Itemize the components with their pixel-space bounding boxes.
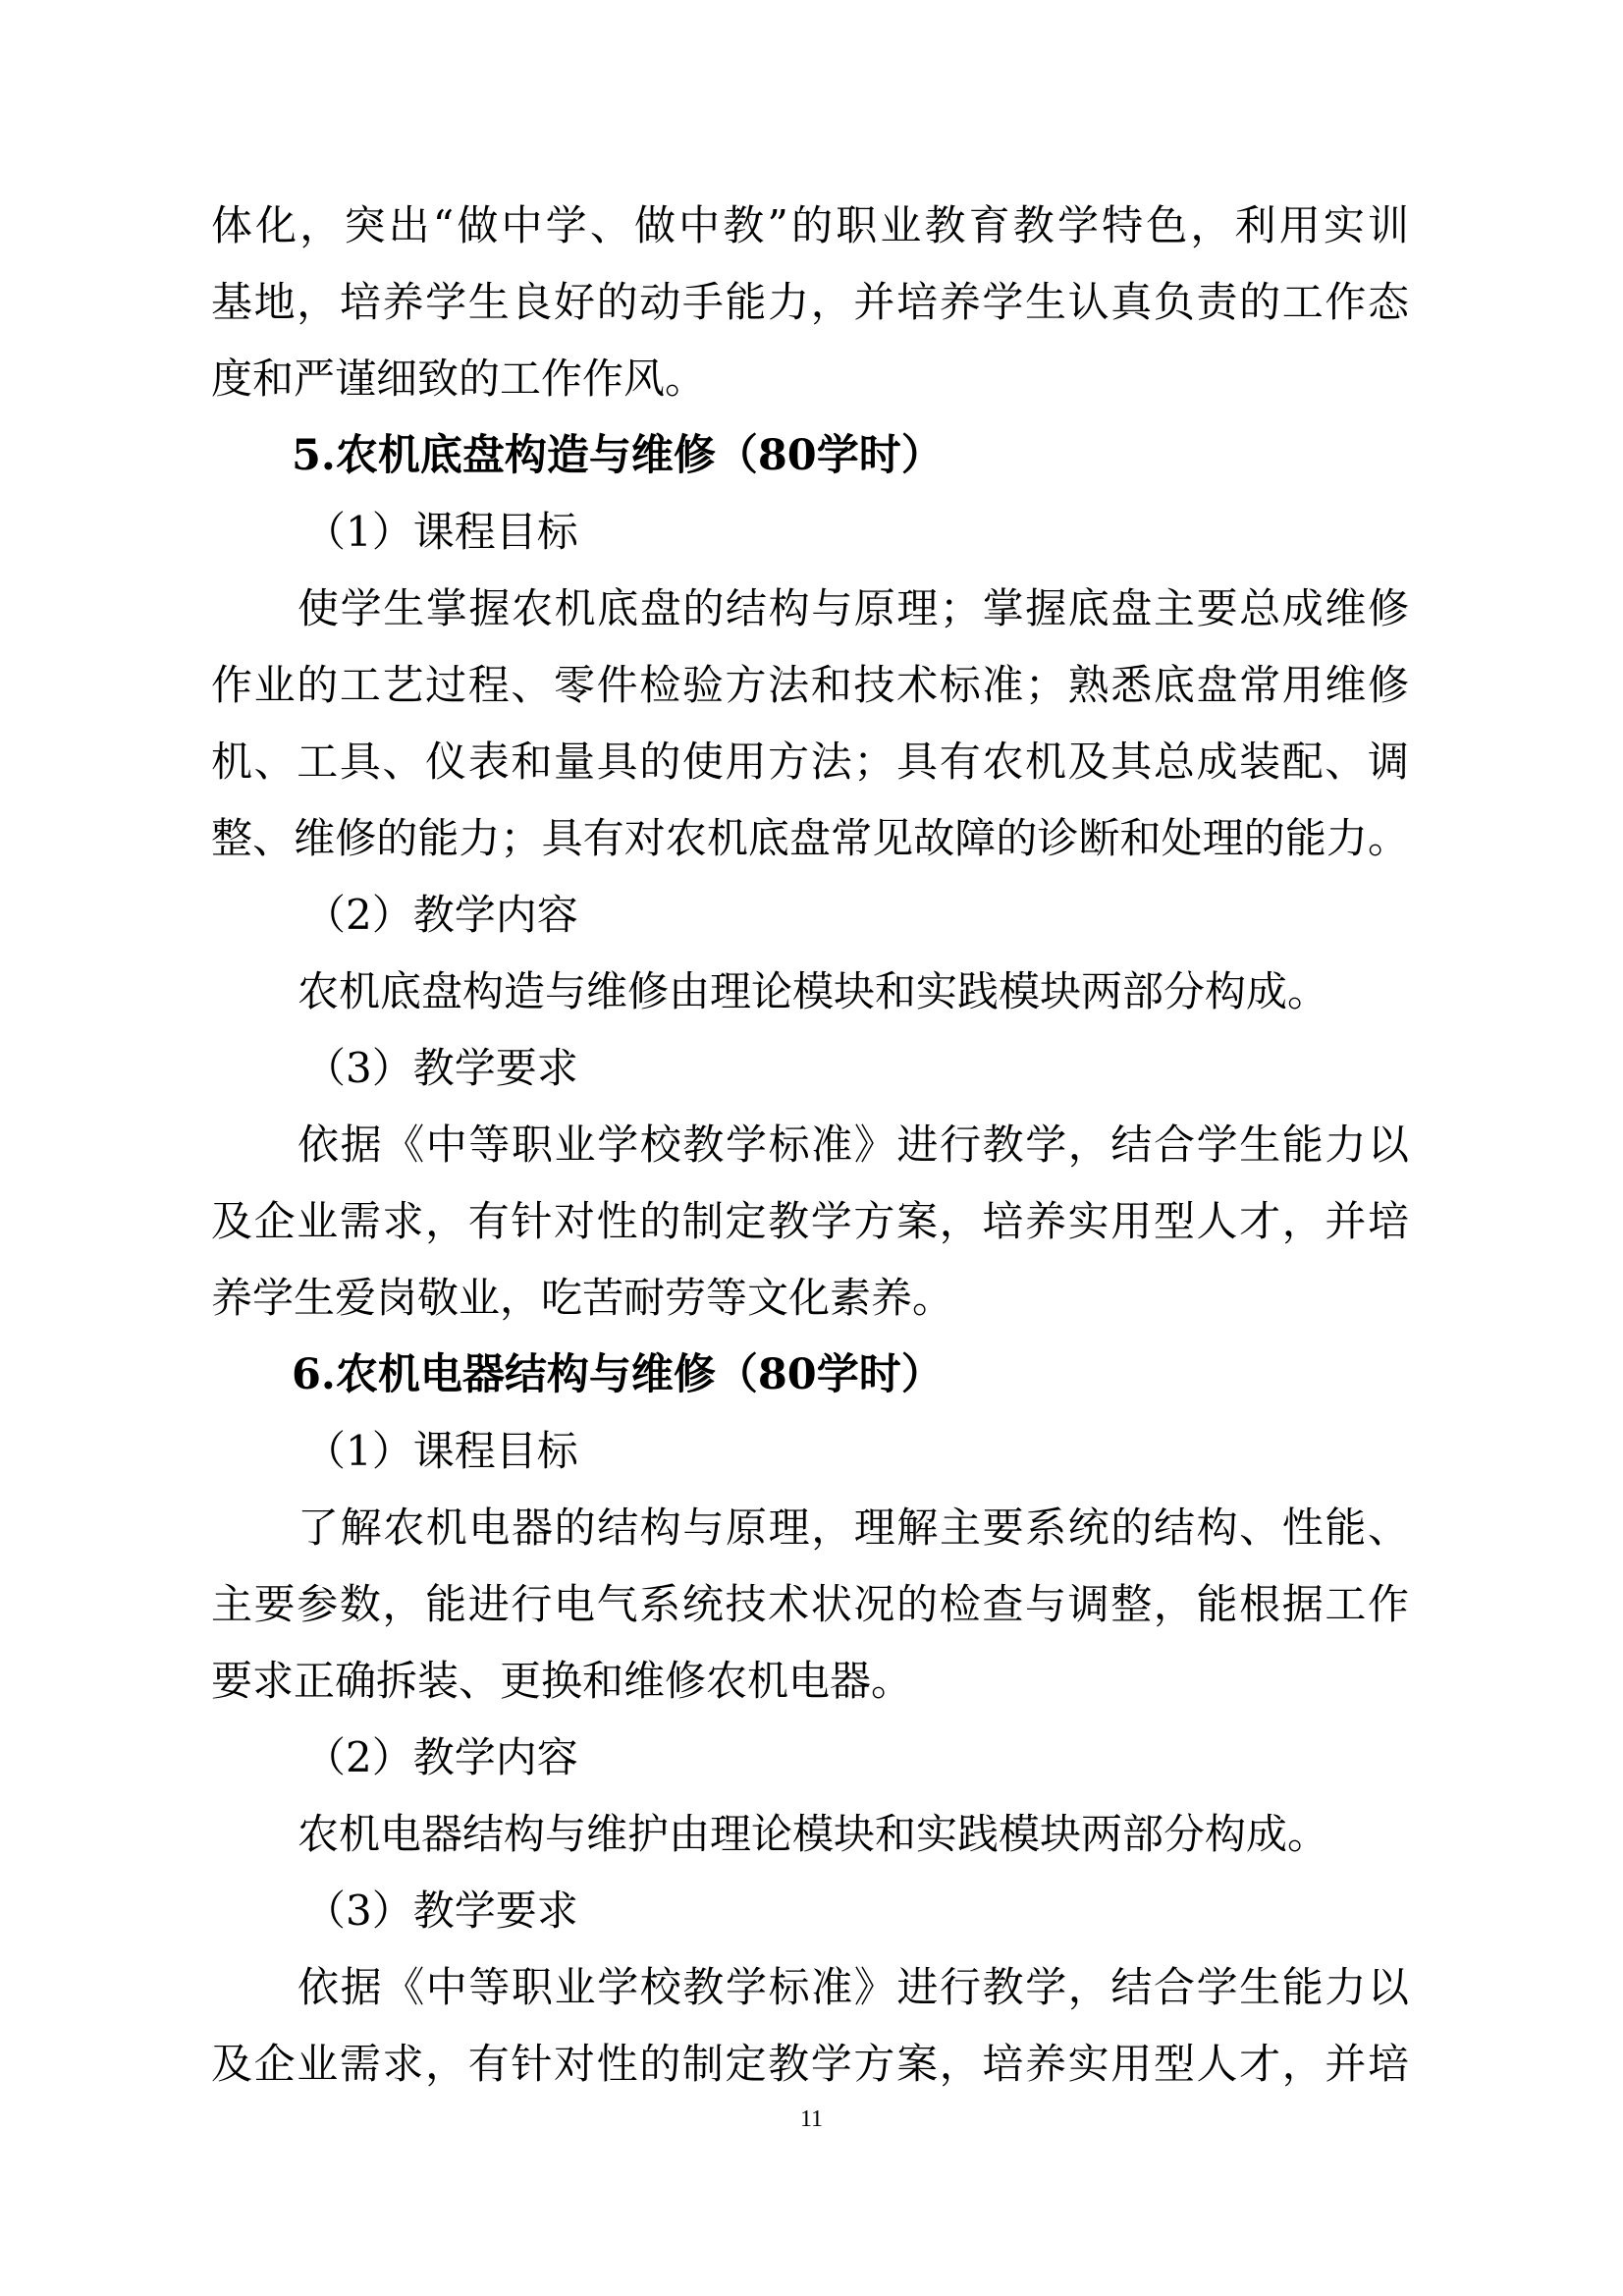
section-heading-6: 6.农机电器结构与维修（80学时）	[292, 1337, 944, 1413]
subheading-course-goal: （1）课程目标	[304, 1413, 578, 1490]
paragraph-line: 依据《中等职业学校教学标准》进行教学，结合学生能力以	[298, 1949, 1409, 2026]
document-page: 体化，突出“做中学、做中教”的职业教育教学特色，利用实训 基地，培养学生良好的动…	[0, 0, 1623, 2296]
paragraph-line: 度和严谨细致的工作作风。	[211, 341, 706, 417]
paragraph-line: 基地，培养学生良好的动手能力，并培养学生认真负责的工作态	[211, 264, 1409, 341]
section-heading-5: 5.农机底盘构造与维修（80学时）	[292, 417, 944, 494]
page-number: 11	[0, 2102, 1623, 2137]
subheading-teaching-content: （2）教学内容	[304, 1720, 578, 1796]
paragraph-line: 农机电器结构与维护由理论模块和实践模块两部分构成。	[298, 1796, 1328, 1873]
paragraph-line: 作业的工艺过程、零件检验方法和技术标准；熟悉底盘常用维修	[211, 647, 1409, 724]
subheading-teaching-requirements: （3）教学要求	[304, 1030, 578, 1107]
paragraph-line: 及企业需求，有针对性的制定教学方案，培养实用型人才，并培	[211, 1183, 1409, 1260]
paragraph-line: 农机底盘构造与维修由理论模块和实践模块两部分构成。	[298, 954, 1328, 1030]
paragraph-line: 及企业需求，有针对性的制定教学方案，培养实用型人才，并培	[211, 2026, 1409, 2103]
paragraph-line: 养学生爱岗敬业，吃苦耐劳等文化素养。	[211, 1260, 953, 1337]
subheading-teaching-content: （2）教学内容	[304, 877, 578, 954]
paragraph-line: 主要参数，能进行电气系统技术状况的检查与调整，能根据工作	[211, 1566, 1409, 1643]
paragraph-line: 体化，突出“做中学、做中教”的职业教育教学特色，利用实训	[211, 188, 1409, 264]
paragraph-line: 整、维修的能力；具有对农机底盘常见故障的诊断和处理的能力。	[211, 800, 1409, 877]
paragraph-line: 机、工具、仪表和量具的使用方法；具有农机及其总成装配、调	[211, 724, 1409, 800]
paragraph-line: 依据《中等职业学校教学标准》进行教学，结合学生能力以	[298, 1107, 1409, 1183]
paragraph-line: 了解农机电器的结构与原理，理解主要系统的结构、性能、	[298, 1490, 1409, 1566]
subheading-course-goal: （1）课程目标	[304, 494, 578, 571]
paragraph-line: 要求正确拆装、更换和维修农机电器。	[211, 1643, 912, 1720]
paragraph-line: 使学生掌握农机底盘的结构与原理；掌握底盘主要总成维修	[298, 571, 1409, 647]
subheading-teaching-requirements: （3）教学要求	[304, 1873, 578, 1949]
